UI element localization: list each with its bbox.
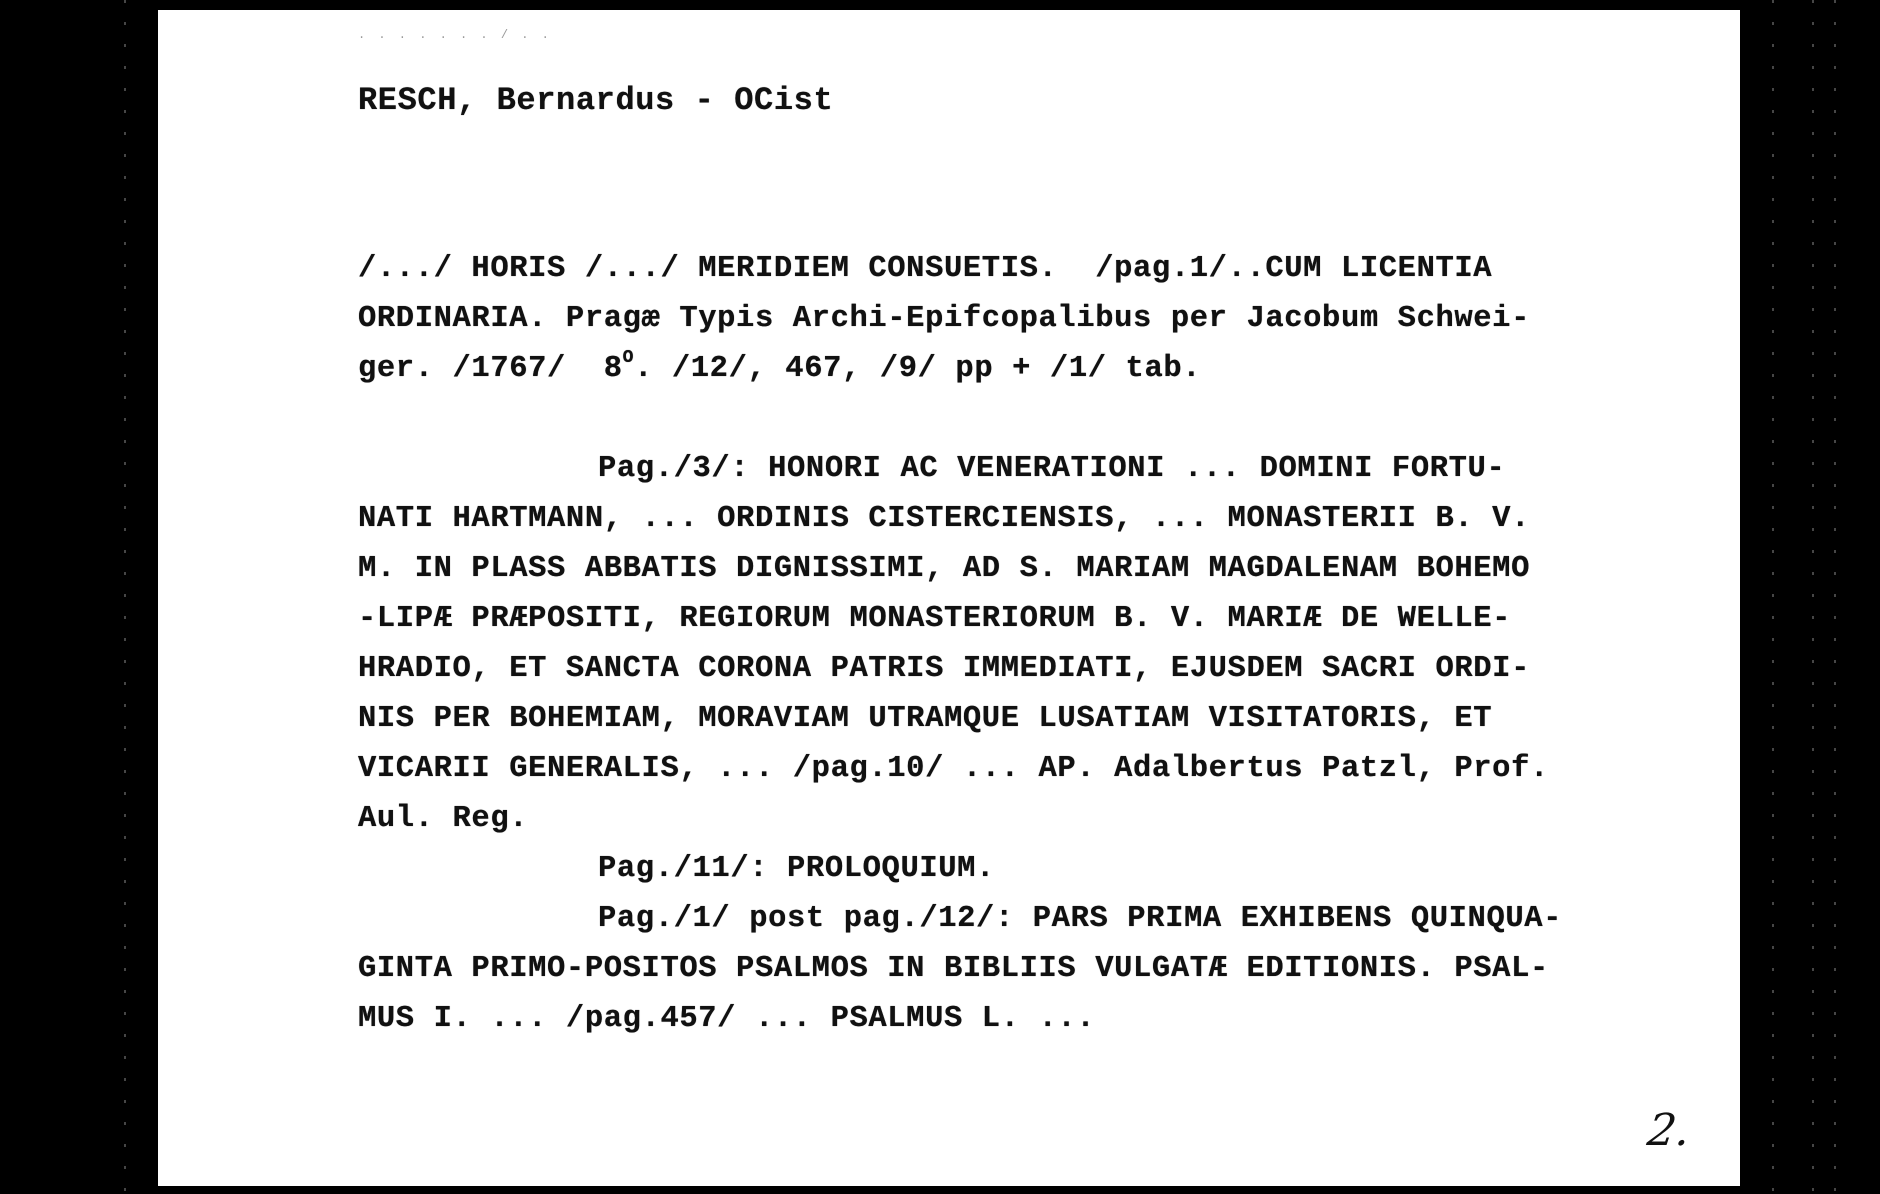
title-line-3: ger. /1767/ 8O. /12/, 467, /9/ pp + /1/ … (358, 344, 1201, 394)
scan-noise-right-3 (1834, 0, 1836, 1194)
prologue-line: Pag./11/: PROLOQUIUM. (598, 844, 995, 894)
dedication-line-8: Aul. Reg. (358, 794, 528, 844)
scan-noise-left (124, 0, 126, 1194)
title-line-1: /.../ HORIS /.../ MERIDIEM CONSUETIS. /p… (358, 244, 1492, 294)
dedication-line-3: M. IN PLASS ABBATIS DIGNISSIMI, AD S. MA… (358, 544, 1530, 594)
part-one-line-3: MUS I. ... /pag.457/ ... PSALMUS L. ... (358, 994, 1095, 1044)
collation: . /12/, 467, /9/ pp + /1/ tab. (634, 352, 1201, 386)
dedication-line-6: NIS PER BOHEMIAM, MORAVIAM UTRAMQUE LUSA… (358, 694, 1492, 744)
dedication-line-7: VICARII GENERALIS, ... /pag.10/ ... AP. … (358, 744, 1549, 794)
author-heading: RESCH, Bernardus - OCist (358, 76, 833, 126)
title-line-2: ORDINARIA. Pragæ Typis Archi-Epifcopalib… (358, 294, 1530, 344)
catalog-card: . . . . . . . / . . RESCH, Bernardus - O… (158, 10, 1740, 1186)
dedication-line-4: -LIPÆ PRÆPOSITI, REGIORUM MONASTERIORUM … (358, 594, 1511, 644)
part-one-line-1: Pag./1/ post pag./12/: PARS PRIMA EXHIBE… (598, 894, 1562, 944)
scan-noise-right-1 (1772, 0, 1774, 1194)
scan-noise-right-2 (1812, 0, 1814, 1194)
imprint-year-format: ger. /1767/ 8 (358, 352, 623, 386)
header-residue-text: . . . . . . . / . . (358, 28, 552, 42)
format-degree-sup: O (623, 348, 634, 368)
dedication-line-1: Pag./3/: HONORI AC VENERATIONI ... DOMIN… (598, 444, 1505, 494)
dedication-line-5: HRADIO, ET SANCTA CORONA PATRIS IMMEDIAT… (358, 644, 1530, 694)
part-one-line-2: GINTA PRIMO-POSITOS PSALMOS IN BIBLIIS V… (358, 944, 1549, 994)
dedication-line-2: NATI HARTMANN, ... ORDINIS CISTERCIENSIS… (358, 494, 1530, 544)
handwritten-page-number: 2. (1644, 1105, 1693, 1156)
cut-off-header-line: . . . . . . . / . . (358, 28, 688, 54)
